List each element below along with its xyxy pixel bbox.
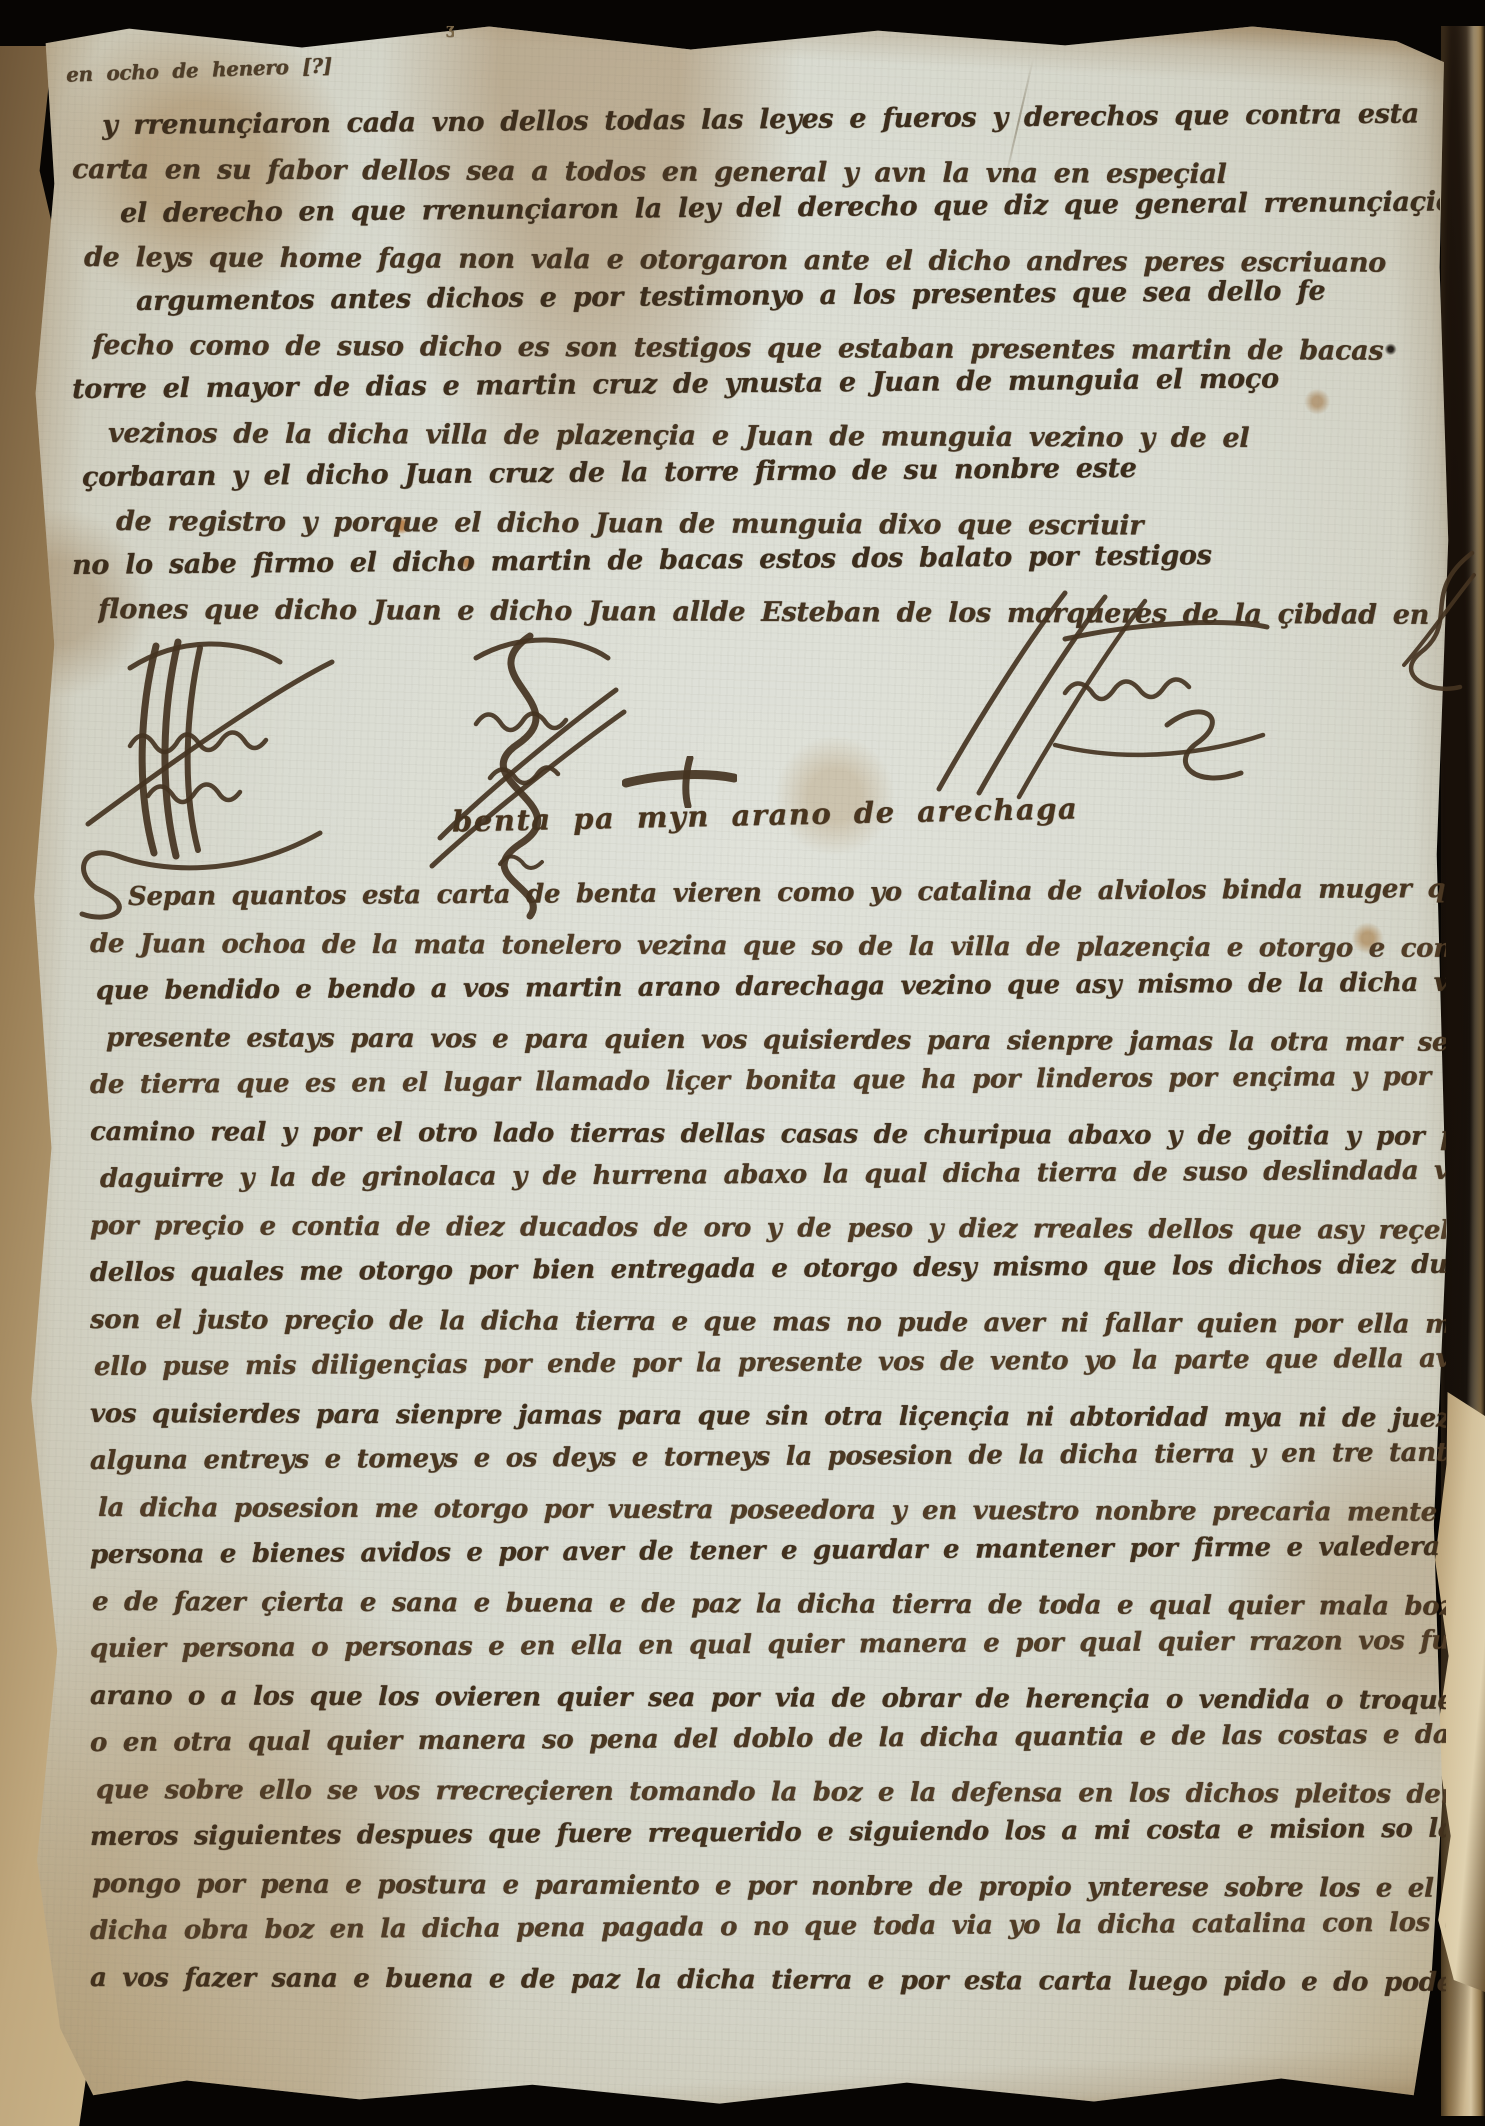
manuscript-line: de tierra que es en el lugar llamado liç… [90, 1054, 1446, 1109]
manuscript-line: que bendido e bendo a vos martin arano d… [96, 960, 1446, 1015]
quire-mark: ʒ [446, 20, 454, 38]
manuscript-line: meros siguientes despues que fuere rrequ… [90, 1806, 1446, 1861]
closing-clause-block: y rrenunçiaron cada vno dellos todas las… [72, 104, 1440, 632]
photo-backdrop: ʒ en ocho de henero [?] y rrenunçiaron c… [0, 0, 1485, 2126]
signature-rubric-right [915, 575, 1275, 805]
manuscript-line: a vos fazer sana e buena e de paz la dic… [90, 1955, 1446, 2007]
signature-rubric-center [380, 628, 660, 928]
manuscript-line: o en otra qual quier manera so pena del … [90, 1712, 1446, 1767]
deed-of-sale-block: Sepan quantos esta carta de benta vieren… [90, 874, 1446, 2002]
manuscript-line: persona e bienes avidos e por aver de te… [90, 1524, 1446, 1579]
signature-rubric-margin [1390, 545, 1482, 705]
notarial-cross-icon [622, 756, 737, 808]
manuscript-line: quier persona o personas e en ella en qu… [90, 1618, 1446, 1673]
manuscript-line: dicha obra boz en la dicha pena pagada o… [90, 1900, 1446, 1955]
signature-rubric-left [70, 628, 370, 928]
manuscript-line: dellos quales me otorgo por bien entrega… [90, 1242, 1446, 1297]
manuscript-line: ello puse mis diligençias por ende por l… [94, 1336, 1446, 1391]
manuscript-line: daguirre y la de grinolaca y de hurrena … [100, 1148, 1446, 1203]
manuscript-line: alguna entreys e tomeys e os deys e torn… [90, 1430, 1446, 1485]
